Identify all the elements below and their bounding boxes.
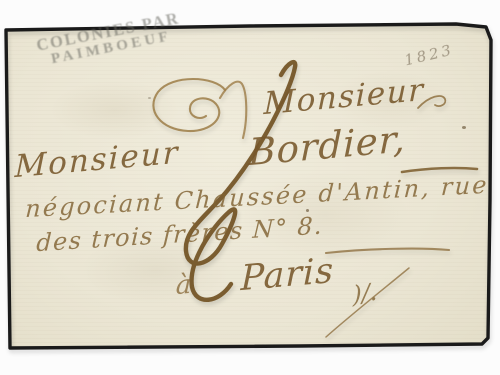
number-dash xyxy=(326,249,449,253)
photo-background: COLONIES PAR PAIMBOEUF 1823 Monsieur Mon… xyxy=(0,0,500,375)
bordier-dash xyxy=(402,168,477,172)
flourish-a xyxy=(153,79,225,131)
cover-ink-layer xyxy=(0,0,500,375)
paris-slash xyxy=(326,268,409,337)
cover-edge xyxy=(6,24,491,348)
monsieur-swash xyxy=(418,96,445,108)
